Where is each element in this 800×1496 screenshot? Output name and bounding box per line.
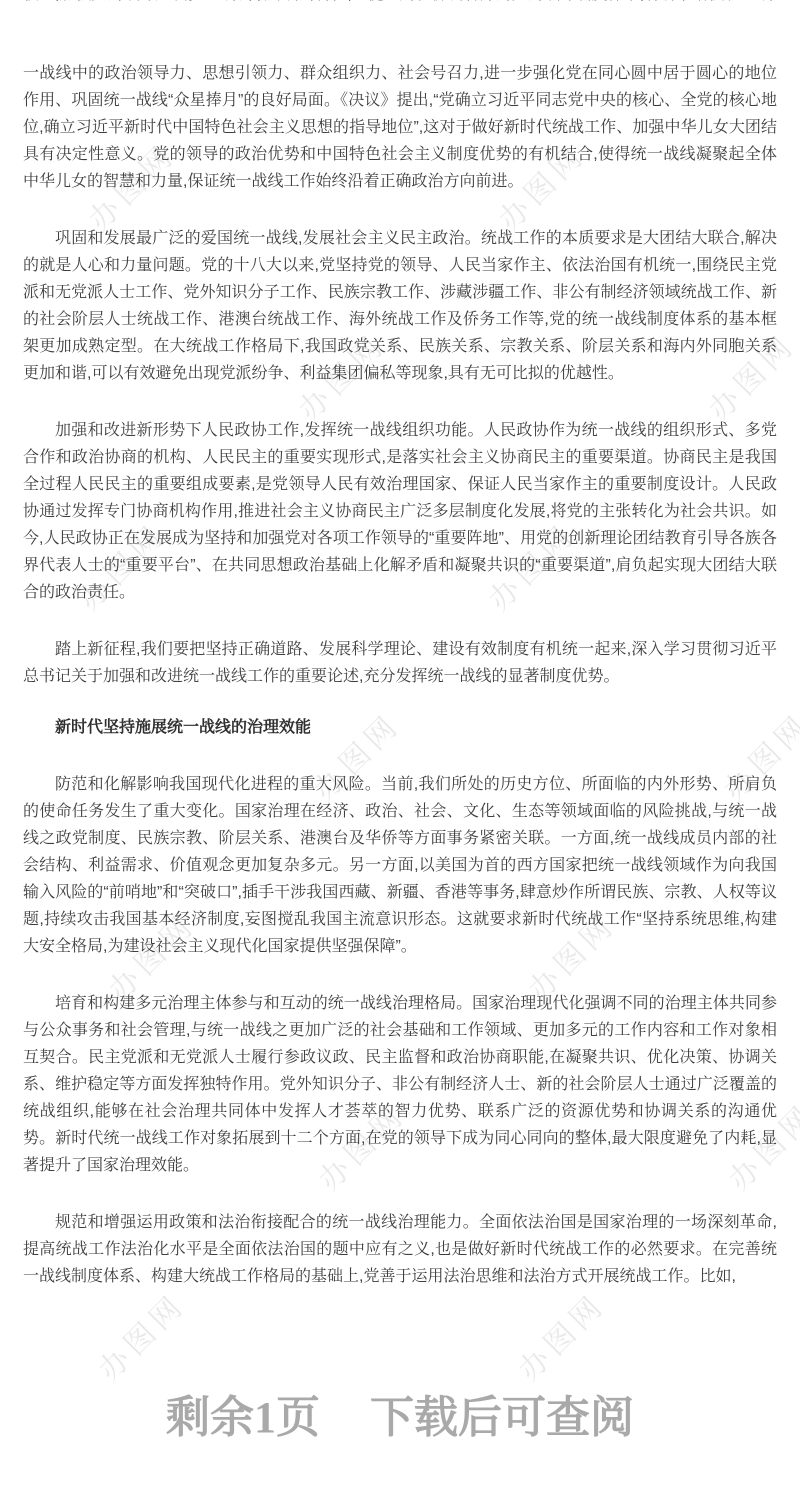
paragraph-5: 防范和化解影响我国现代化进程的重大风险。当前,我们所处的历史方位、所面临的内外形… xyxy=(23,771,777,960)
paragraph-1: 一战线中的政治领导力、思想引领力、群众组织力、社会号召力,进一步强化党在同心圆中… xyxy=(23,60,777,195)
paragraph-4: 踏上新征程,我们要把坚持正确道路、发展科学理论、建设有效制度有机统一起来,深入学… xyxy=(23,636,777,690)
download-prompt: 剩余1页下载后可查阅 xyxy=(0,1390,800,1446)
watermark-text: 办图网 xyxy=(506,1281,613,1388)
document-preview-page: 办图网办图网办图网办图网办图网办图网办图网办图网办图网办图网办图网办图网办图网办… xyxy=(0,0,800,1496)
section-heading: 新时代坚持施展统一战线的治理效能 xyxy=(23,714,777,741)
remaining-pages-label: 剩余1页 xyxy=(166,1393,320,1442)
download-hint-label: 下载后可查阅 xyxy=(370,1393,634,1442)
paragraph-3: 加强和改进新形势下人民政协工作,发挥统一战线组织功能。人民政协作为统一战线的组织… xyxy=(23,417,777,606)
document-content: 权益,加强党的领导建设。一战线最鲜明的特征,总揽全局、协调各方的党的领导制度体系… xyxy=(0,0,800,1290)
paragraph-7: 规范和增强运用政策和法治衔接配合的统一战线治理能力。全面依法治国是国家治理的一场… xyxy=(23,1209,777,1290)
paragraph-2: 巩固和发展最广泛的爱国统一战线,发展社会主义民主政治。统战工作的本质要求是大团结… xyxy=(23,225,777,387)
watermark-text: 办图网 xyxy=(86,1281,193,1388)
clipped-top-line-text: 权益,加强党的领导建设。一战线最鲜明的特征,总揽全局、协调各方的党的领导制度体系… xyxy=(23,0,777,8)
paragraph-6: 培育和构建多元治理主体参与和互动的统一战线治理格局。国家治理现代化强调不同的治理… xyxy=(23,990,777,1179)
clipped-top-line: 权益,加强党的领导建设。一战线最鲜明的特征,总揽全局、协调各方的党的领导制度体系… xyxy=(23,0,777,8)
